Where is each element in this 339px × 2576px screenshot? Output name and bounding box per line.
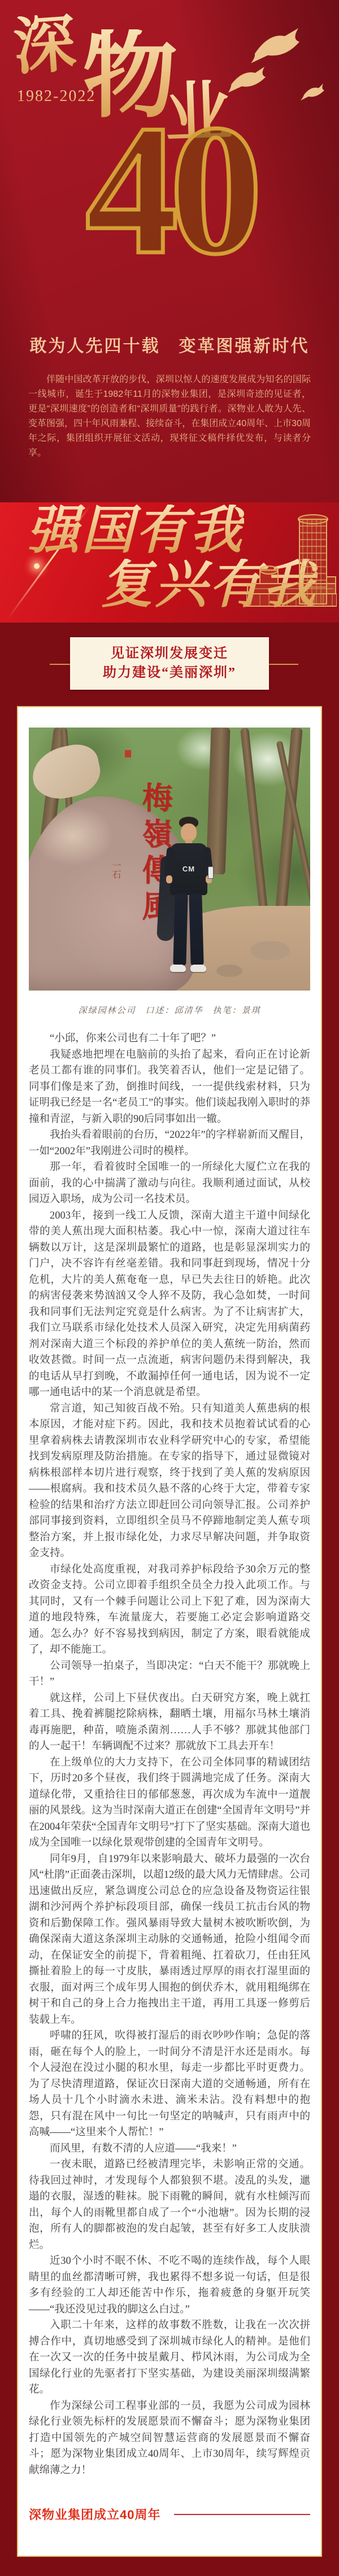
person-shirt: CM <box>170 843 207 895</box>
footer-rule <box>174 2514 310 2515</box>
article-paragraph: 常言道，知己知彼百战不殆。只有知道美人蕉患病的根本原因，才能对症下药。因此，我和… <box>29 1401 310 1562</box>
article-paragraph: 2003年，接到一线工人反馈，深南大道主干道中间绿化带的美人蕉出现大面积枯萎。我… <box>29 1208 310 1401</box>
light-glow-decoration <box>34 563 40 569</box>
article-paragraph: 呼啸的狂风，吹得被打湿后的雨衣吵吵作响；急促的落雨，砸在每个人的脸上，一时间分不… <box>29 2028 310 2141</box>
rock-seal <box>125 750 131 757</box>
article-title-card: 见证深圳发展变迁 助力建设“美丽深圳” <box>70 637 269 690</box>
article-paragraph: 那一年，看着彼时全国唯一的一所绿化大厦伫立在我的面前，我的心中揣满了激动与向往。… <box>29 1159 310 1208</box>
poster-page: 深 物 业 1982-2022 40 敢为人先四十载 变革图强新时代 伴随中国改… <box>0 0 339 2576</box>
article-paragraph: 市绿化处高度重视，对我司养护标段给予30余万元的整改资金支持。公司立即着手组织全… <box>29 1562 310 1658</box>
building-icon <box>246 509 337 623</box>
article-photo: 梅嶺傳風 一石 CM <box>29 728 310 991</box>
article-paragraph: 同年9月，自1979年以来影响最大、破坏力最强的一次台风“杜鹃”正面袭击深圳，以… <box>29 1851 310 2029</box>
title-card-row: 见证深圳发展变迁 助力建设“美丽深圳” <box>0 637 339 691</box>
article-section: 见证深圳发展变迁 助力建设“美丽深圳” 梅嶺傳風 一石 <box>0 623 339 2576</box>
hero-banner: 深 物 业 1982-2022 40 敢为人先四十载 变革图强新时代 伴随中国改… <box>0 0 339 502</box>
qiangguo-banner: 强国有我 复兴有我 <box>0 502 339 623</box>
article-body: “小邱，你来公司也有二十年了吧？”我疑惑地把埋在电脑前的头抬了起来，看向正在讨论… <box>29 1031 310 2478</box>
article-paragraph: 就这样，公司上下昼伏夜出。白天研究方案，晚上就扛着工具、挽着裤腿挖除病株，翻晒土… <box>29 1690 310 1755</box>
person-shoe <box>170 965 186 972</box>
hero-intro-paragraph: 伴随中国改革开放的步伐，深圳以惊人的速度发展成为知名的国际一线城市，诞生于198… <box>28 373 311 461</box>
rock-facet <box>29 741 105 804</box>
shirt-logo: CM <box>182 865 195 873</box>
stone <box>216 965 242 977</box>
footer-label: 深物业集团成立40周年 <box>29 2505 160 2523</box>
hero-slogan: 敢为人先四十载 变革图强新时代 <box>0 332 339 357</box>
article-paragraph: 我抬头看着眼前的台历，“2022年”的字样崭新而又醒目，一如“2002年”我刚进… <box>29 1127 310 1159</box>
article-title-line-1: 见证深圳发展变迁 <box>70 644 269 663</box>
article-paragraph: “小邱，你来公司也有二十年了吧？” <box>29 1031 310 1047</box>
article-card: 梅嶺傳風 一石 CM 深绿园林公司 口述：邱清华 执笔：景琪 <box>17 706 322 2557</box>
big-number-40: 40 <box>85 97 254 283</box>
anniversary-years: 1982-2022 <box>17 87 95 106</box>
photo-caption: 深绿园林公司 口述：邱清华 执笔：景琪 <box>29 1004 310 1016</box>
article-paragraph: 一夜未眠，道路已经被清理完毕，未影响正常的交通。待我回过神时，才发现每个人都狼狈… <box>29 2157 310 2253</box>
phone <box>208 866 214 879</box>
article-paragraph: 作为深绿公司工程事业部的一员，我愿为公司成为园林绿化行业领先标杆的发展愿景而不懈… <box>29 2398 310 2479</box>
stone <box>250 941 290 960</box>
rock-side-note: 一石 <box>109 861 122 879</box>
brand-char-shen: 深 <box>11 12 77 78</box>
article-footer: 深物业集团成立40周年 <box>29 2505 310 2523</box>
calligraphy-line-1: 强国有我 <box>27 505 244 557</box>
person-leg <box>173 893 188 966</box>
article-paragraph: 公司领导一拍桌子，当即决定：“白天不能干？那就晚上干！” <box>29 1658 310 1690</box>
article-paragraph: 我疑惑地把埋在电脑前的头抬了起来，看向正在讨论新老员工都有谁的同事们。我笑着否认… <box>29 1047 310 1128</box>
person-shoe <box>190 965 206 972</box>
person-leg <box>189 893 203 966</box>
article-paragraph: 在上级单位的大力支持下，在公司全体同事的精诚团结下，历时20多个昼夜，我们终于圆… <box>29 1755 310 1851</box>
person-hand <box>166 875 172 883</box>
article-paragraph: 而风里，有数不清的人应道——“我来！” <box>29 2141 310 2157</box>
article-title-line-2: 助力建设“美丽深圳” <box>70 663 269 682</box>
article-paragraph: 入职二十年来，这样的故事数不胜数，让我在一次次拼搏合作中，真切地感受到了深圳城市… <box>29 2317 310 2398</box>
article-paragraph: 近30个小时不眠不休、不吃不喝的连续作战，每个人眼睛里的血丝都清晰可辨，我也累得… <box>29 2253 310 2317</box>
